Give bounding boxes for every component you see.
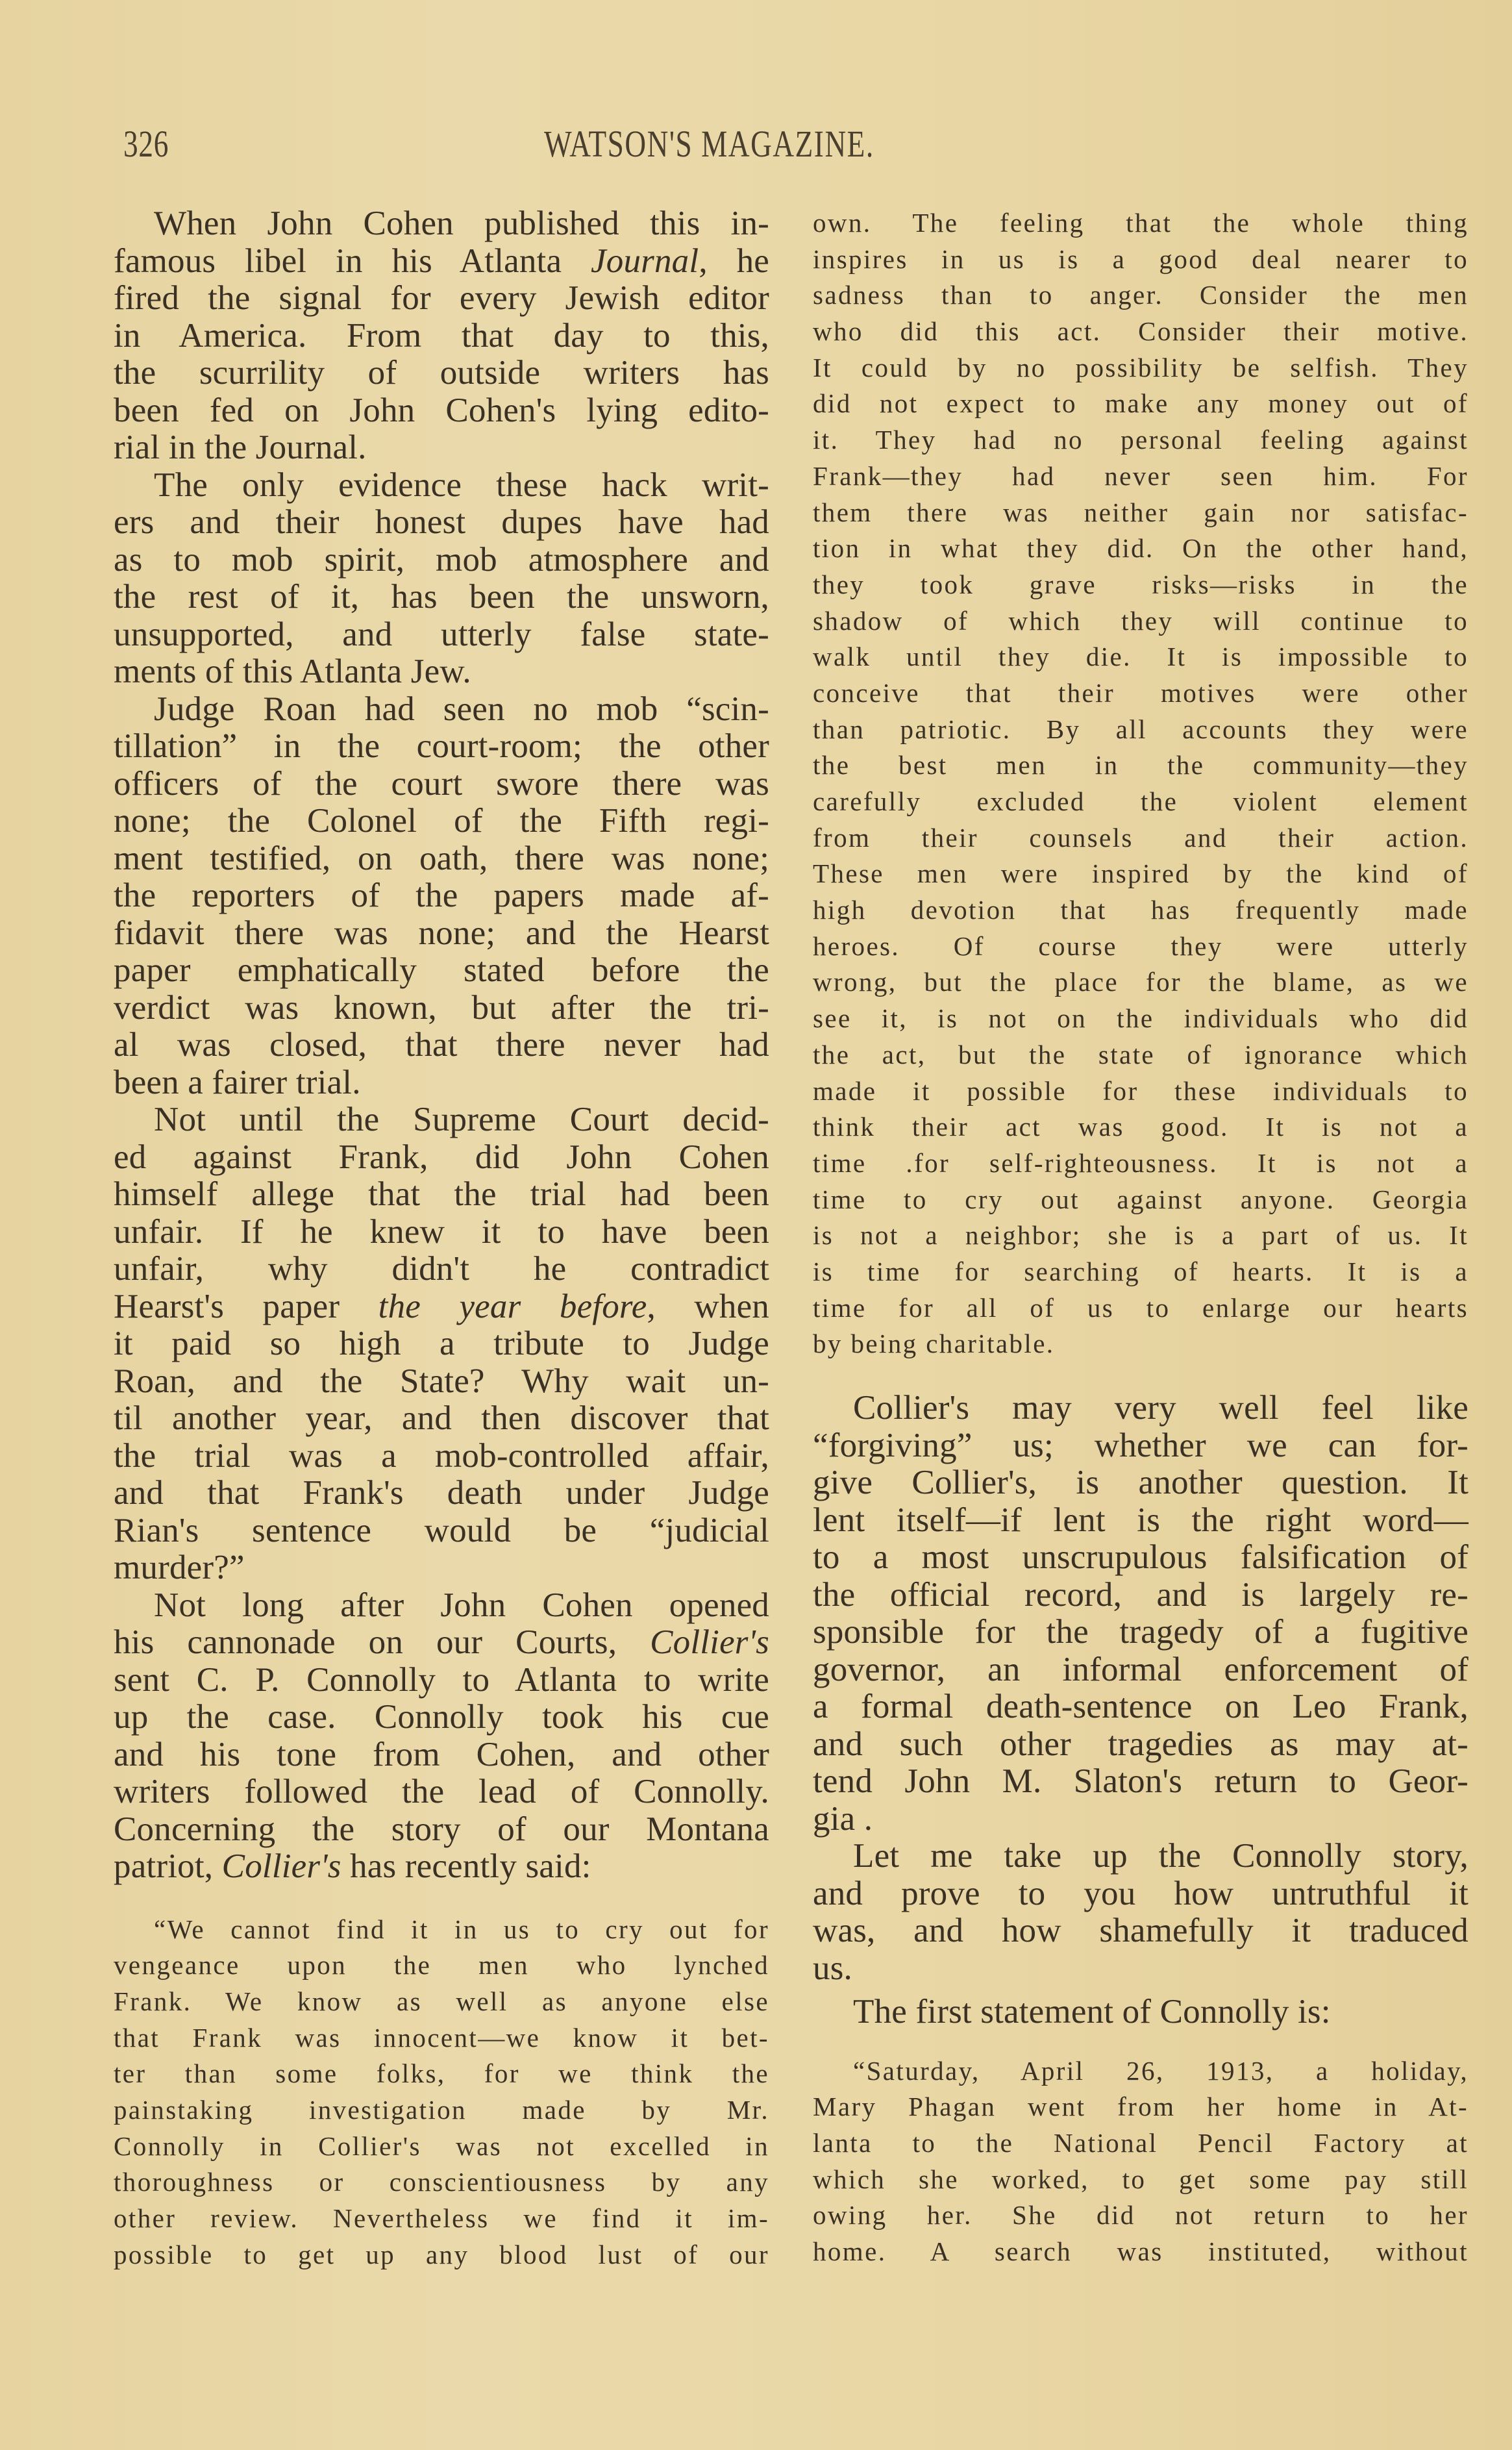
text-line: as to mob spirit, mob atmosphere and bbox=[114, 542, 769, 579]
text-line: his cannonade on our Courts, Collier's bbox=[114, 1624, 769, 1662]
text-line: gia . bbox=[813, 1801, 1469, 1838]
text-line: wrong, but the place for the blame, as w… bbox=[813, 964, 1469, 1001]
text-line: conceive that their motives were other bbox=[813, 675, 1469, 712]
text-line: the reporters of the papers made af- bbox=[114, 877, 769, 915]
text-line: possible to get up any blood lust of our bbox=[114, 2237, 769, 2273]
text-line: Hearst's paper the year before, when bbox=[114, 1288, 769, 1326]
text-line: is not a neighbor; she is a part of us. … bbox=[813, 1218, 1469, 1254]
text-line: Frank—they had never seen him. For bbox=[813, 458, 1469, 495]
text-line: vengeance upon the men who lynched bbox=[114, 1947, 769, 1984]
spacer bbox=[813, 2031, 1469, 2053]
text-line: by being charitable. bbox=[813, 1326, 1469, 1362]
text-line: time to cry out against anyone. Georgia bbox=[813, 1182, 1469, 1218]
page-number: 326 bbox=[123, 122, 169, 166]
text-line: fidavit there was none; and the Hearst bbox=[114, 915, 769, 953]
text-line: Frank. We know as well as anyone else bbox=[114, 1984, 769, 2020]
text-span: patriot, bbox=[114, 1847, 222, 1885]
text-line: Let me take up the Connolly story, bbox=[813, 1838, 1469, 1875]
text-span: , he bbox=[699, 242, 769, 280]
paragraph-supreme-court: Not until the Supreme Court decid- ed ag… bbox=[114, 1101, 769, 1587]
text-line: it paid so high a tribute to Judge bbox=[114, 1325, 769, 1363]
text-line: Mary Phagan went from her home in At- bbox=[813, 2089, 1469, 2125]
text-line: that Frank was innocent—we know it bet- bbox=[114, 2020, 769, 2056]
text-line: carefully excluded the violent element bbox=[813, 784, 1469, 820]
text-line: heroes. Of course they were utterly bbox=[813, 929, 1469, 965]
text-line: made it possible for these individuals t… bbox=[813, 1073, 1469, 1110]
paragraph-cohen-libel: When John Cohen published this in- famou… bbox=[114, 205, 769, 467]
text-line: was, and how shamefully it traduced bbox=[813, 1912, 1469, 1950]
connolly-quote-block: “Saturday, April 26, 1913, a holiday, Ma… bbox=[813, 2053, 1469, 2270]
text-line: inspires in us is a good deal nearer to bbox=[813, 242, 1469, 278]
text-line: lanta to the National Pencil Factory at bbox=[813, 2125, 1469, 2162]
text-line: Roan, and the State? Why wait un- bbox=[114, 1363, 769, 1401]
colliers-quote-block: “We cannot find it in us to cry out for … bbox=[114, 1912, 769, 2273]
text-line: “Saturday, April 26, 1913, a holiday, bbox=[813, 2053, 1469, 2090]
text-line: sent C. P. Connolly to Atlanta to write bbox=[114, 1662, 769, 1699]
text-line: Not until the Supreme Court decid- bbox=[114, 1101, 769, 1139]
text-span: his cannonade on our Courts, bbox=[114, 1623, 650, 1661]
colliers-italic: Collier's bbox=[222, 1847, 341, 1885]
text-line: in America. From that day to this, bbox=[114, 318, 769, 355]
text-line: us. bbox=[813, 1950, 1469, 1988]
text-line: did not expect to make any money out of bbox=[813, 386, 1469, 422]
spacer bbox=[114, 1886, 769, 1912]
text-line: time .for self-righteousness. It is not … bbox=[813, 1145, 1469, 1182]
text-line: ment testified, on oath, there was none; bbox=[114, 840, 769, 878]
text-line: the act, but the state of ignorance whic… bbox=[813, 1037, 1469, 1073]
text-line: sponsible for the tragedy of a fugitive bbox=[813, 1614, 1469, 1651]
year-before-italic: the year before bbox=[378, 1288, 647, 1325]
text-line: been fed on John Cohen's lying edito- bbox=[114, 392, 769, 430]
paragraph-first-statement: The first statement of Connolly is: bbox=[813, 1994, 1469, 2031]
text-line: These men were inspired by the kind of bbox=[813, 856, 1469, 892]
text-line: verdict was known, but after the tri- bbox=[114, 990, 769, 1027]
text-line: than patriotic. By all accounts they wer… bbox=[813, 712, 1469, 748]
text-line: fired the signal for every Jewish editor bbox=[114, 280, 769, 318]
text-line: writers followed the lead of Connolly. bbox=[114, 1773, 769, 1811]
text-line: painstaking investigation made by Mr. bbox=[114, 2092, 769, 2129]
text-line: patriot, Collier's has recently said: bbox=[114, 1848, 769, 1886]
text-line: walk until they die. It is impossible to bbox=[813, 639, 1469, 675]
colliers-quote-continued: own. The feeling that the whole thing in… bbox=[813, 205, 1469, 1362]
text-line: lent itself—if lent is the right word— bbox=[813, 1502, 1469, 1540]
text-line: officers of the court swore there was bbox=[114, 766, 769, 803]
text-line: which she worked, to get some pay still bbox=[813, 2162, 1469, 2198]
text-line: and such other tragedies as may at- bbox=[813, 1726, 1469, 1764]
text-line: It could by no possibility be selfish. T… bbox=[813, 350, 1469, 386]
text-line: Not long after John Cohen opened bbox=[114, 1587, 769, 1625]
text-line: the official record, and is largely re- bbox=[813, 1577, 1469, 1614]
magazine-title: WATSON'S MAGAZINE. bbox=[544, 122, 874, 166]
text-line: ers and their honest dupes have had bbox=[114, 504, 769, 542]
text-line: sadness than to anger. Consider the men bbox=[813, 277, 1469, 314]
text-line: it. They had no personal feeling against bbox=[813, 422, 1469, 458]
paragraph-judge-roan: Judge Roan had seen no mob “scin- tillat… bbox=[114, 691, 769, 1102]
text-line: thoroughness or conscientiousness by any bbox=[114, 2164, 769, 2201]
text-line: from their counsels and their action. bbox=[813, 820, 1469, 856]
text-line: other review. Nevertheless we find it im… bbox=[114, 2201, 769, 2237]
text-line: owing her. She did not return to her bbox=[813, 2197, 1469, 2234]
text-line: the trial was a mob-controlled affair, bbox=[114, 1438, 769, 1475]
text-line: governor, an informal enforcement of bbox=[813, 1651, 1469, 1689]
text-line: paper emphatically stated before the bbox=[114, 952, 769, 990]
text-line: the scurrility of outside writers has bbox=[114, 355, 769, 392]
text-line: none; the Colonel of the Fifth regi- bbox=[114, 803, 769, 840]
text-line: them there was neither gain nor satisfac… bbox=[813, 495, 1469, 531]
paragraph-connolly-sent: Not long after John Cohen opened his can… bbox=[114, 1587, 769, 1886]
text-line: Collier's may very well feel like bbox=[813, 1390, 1469, 1427]
text-line: and prove to you how untruthful it bbox=[813, 1875, 1469, 1913]
text-line: and his tone from Cohen, and other bbox=[114, 1736, 769, 1774]
text-line: murder?” bbox=[114, 1549, 769, 1587]
text-line: give Collier's, is another question. It bbox=[813, 1464, 1469, 1502]
text-line: Connolly in Collier's was not excelled i… bbox=[114, 2129, 769, 2165]
text-line: to a most unscrupulous falsification of bbox=[813, 1539, 1469, 1577]
running-header: 326 WATSON'S MAGAZINE. bbox=[123, 122, 1045, 168]
text-line: time for all of us to enlarge our hearts bbox=[813, 1290, 1469, 1327]
text-line: famous libel in his Atlanta Journal, he bbox=[114, 243, 769, 281]
text-line: rial in the Journal. bbox=[114, 429, 769, 467]
text-line: tend John M. Slaton's return to Geor- bbox=[813, 1763, 1469, 1801]
paragraph-connolly-story: Let me take up the Connolly story, and p… bbox=[813, 1838, 1469, 1987]
text-line: the rest of it, has been the unsworn, bbox=[114, 579, 769, 616]
text-span: Hearst's paper bbox=[114, 1288, 378, 1325]
left-column: When John Cohen published this in- famou… bbox=[114, 205, 769, 2273]
paragraph-only-evidence: The only evidence these hack writ- ers a… bbox=[114, 467, 769, 691]
text-line: Concerning the story of our Montana bbox=[114, 1811, 769, 1849]
paragraph-colliers-forgiving: Collier's may very well feel like “forgi… bbox=[813, 1390, 1469, 1838]
text-span: , when bbox=[647, 1288, 770, 1325]
text-line: The only evidence these hack writ- bbox=[114, 467, 769, 505]
text-line: a formal death-sentence on Leo Frank, bbox=[813, 1688, 1469, 1726]
text-line: is time for searching of hearts. It is a bbox=[813, 1254, 1469, 1290]
text-line: Judge Roan had seen no mob “scin- bbox=[114, 691, 769, 729]
text-line: ed against Frank, did John Cohen bbox=[114, 1139, 769, 1177]
text-line: think their act was good. It is not a bbox=[813, 1109, 1469, 1145]
text-line: himself allege that the trial had been bbox=[114, 1176, 769, 1214]
text-line: ter than some folks, for we think the bbox=[114, 2056, 769, 2092]
text-line: been a fairer trial. bbox=[114, 1064, 769, 1102]
text-line: they took grave risks—risks in the bbox=[813, 567, 1469, 603]
text-line: til another year, and then discover that bbox=[114, 1400, 769, 1438]
journal-italic: Journal bbox=[591, 242, 699, 280]
text-line: home. A search was instituted, without bbox=[813, 2234, 1469, 2270]
text-line: “We cannot find it in us to cry out for bbox=[114, 1912, 769, 1948]
text-line: up the case. Connolly took his cue bbox=[114, 1699, 769, 1736]
text-line: tion in what they did. On the other hand… bbox=[813, 531, 1469, 567]
text-line: and that Frank's death under Judge bbox=[114, 1475, 769, 1512]
text-line: al was closed, that there never had bbox=[114, 1027, 769, 1064]
text-span: has recently said: bbox=[341, 1847, 591, 1885]
text-line: high devotion that has frequently made bbox=[813, 892, 1469, 929]
text-line: The first statement of Connolly is: bbox=[813, 1994, 1469, 2031]
text-span: famous libel in his Atlanta bbox=[114, 242, 591, 280]
text-line: unfair. If he knew it to have been bbox=[114, 1214, 769, 1251]
text-line: “forgiving” us; whether we can for- bbox=[813, 1427, 1469, 1465]
text-line: see it, is not on the individuals who di… bbox=[813, 1001, 1469, 1037]
text-line: Rian's sentence would be “judicial bbox=[114, 1512, 769, 1550]
text-line: ments of this Atlanta Jew. bbox=[114, 653, 769, 691]
text-line: When John Cohen published this in- bbox=[114, 205, 769, 243]
text-line: the best men in the community—they bbox=[813, 747, 1469, 784]
text-line: who did this act. Consider their motive. bbox=[813, 314, 1469, 350]
text-line: own. The feeling that the whole thing bbox=[813, 205, 1469, 242]
right-column: own. The feeling that the whole thing in… bbox=[813, 205, 1469, 2270]
spacer bbox=[813, 1362, 1469, 1390]
text-line: shadow of which they will continue to bbox=[813, 603, 1469, 640]
text-line: unfair, why didn't he contradict bbox=[114, 1251, 769, 1288]
text-line: tillation” in the court-room; the other bbox=[114, 728, 769, 766]
text-line: unsupported, and utterly false state- bbox=[114, 616, 769, 654]
colliers-italic: Collier's bbox=[650, 1623, 769, 1661]
